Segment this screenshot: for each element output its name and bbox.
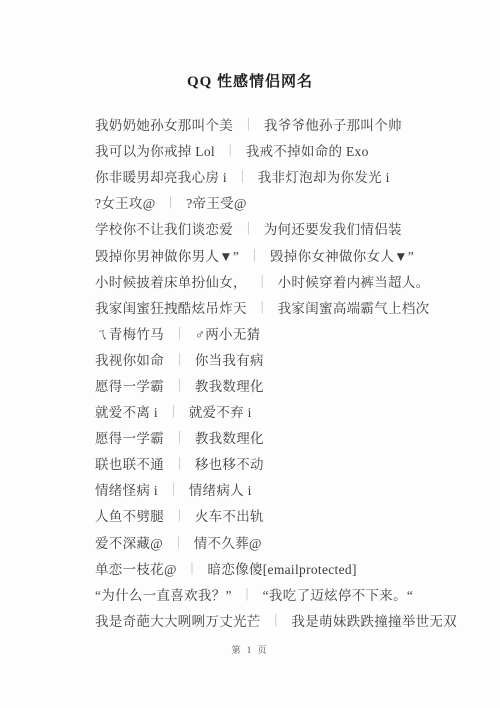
nickname-left: 联也联不通 (95, 453, 164, 473)
nickname-right: 我爷爷他孙子那叫个帅 (264, 114, 402, 134)
nickname-left: 情绪怪病 i (95, 479, 158, 499)
nickname-row: 小时候披着床单扮仙女，｜小时候穿着内裤当超人。 (95, 268, 470, 294)
nickname-right: 我家闺蜜高端霸气上档次 (278, 297, 430, 317)
page-title: QQ 性感情侣网名 (0, 0, 500, 92)
nickname-left: 学校你不让我们谈恋爱 (95, 218, 233, 238)
nickname-right: 就爱不弃 i (189, 401, 252, 421)
nickname-right: 暗恋像傻[emailprotected] (208, 558, 357, 578)
nickname-row: ㄟ青梅竹马｜♂两小无猜 (95, 320, 470, 346)
nickname-row: 就爱不离 i｜就爱不弃 i (95, 398, 470, 424)
nickname-right: 毁掉你女神做你女人▼” (270, 245, 414, 265)
nickname-left: 爱不深藏@ (95, 532, 163, 552)
nickname-row: 你非暖男却亮我心房 i｜我非灯泡却为你发光 i (95, 163, 470, 189)
nickname-right: 我非灯泡却为你发光 i (258, 166, 390, 186)
nickname-right: 教我数理化 (195, 427, 264, 447)
nickname-row: “为什么一直喜欢我？”｜“我吃了迈炫停不下来。“ (95, 581, 470, 607)
nickname-right: 我戒不掉如命的 Exo (246, 140, 369, 160)
nickname-right: 移也移不动 (195, 453, 264, 473)
nickname-row: 人鱼不劈腿｜火车不出轨 (95, 502, 470, 528)
nickname-right: 为何还要发我们情侣装 (264, 218, 402, 238)
separator: ｜ (270, 611, 283, 629)
nickname-right: 情绪病人 i (189, 479, 252, 499)
nickname-left: 我家闺蜜狂拽酷炫吊炸天 (95, 297, 247, 317)
nickname-row: 毁掉你男神做你男人▼”｜毁掉你女神做你女人▼” (95, 241, 470, 267)
separator: ｜ (242, 219, 255, 237)
nickname-right: ?帝王受@ (186, 192, 246, 212)
nickname-row: 我是奇葩大大咧咧万丈光芒｜我是萌妹跌跌撞撞举世无双 (95, 607, 470, 633)
nickname-left: 我奶奶她孙女那叫个美 (95, 114, 233, 134)
nickname-left: 单恋一枝花@ (95, 558, 177, 578)
separator: ｜ (224, 141, 237, 159)
nickname-right: 教我数理化 (195, 375, 264, 395)
nickname-row: 爱不深藏@｜情不久葬@ (95, 529, 470, 555)
separator: ｜ (236, 167, 249, 185)
nickname-right: “我吃了迈炫停不下来。“ (263, 584, 414, 604)
nickname-row: 我可以为你戒掉 Lol｜我戒不掉如命的 Exo (95, 137, 470, 163)
separator: ｜ (173, 324, 186, 342)
separator: ｜ (256, 272, 269, 290)
separator: ｜ (173, 428, 186, 446)
nickname-left: ?女王攻@ (95, 192, 155, 212)
separator: ｜ (173, 350, 186, 368)
separator: ｜ (173, 454, 186, 472)
nickname-right: 你当我有病 (195, 349, 264, 369)
nickname-right: 小时候穿着内裤当超人。 (278, 271, 430, 291)
nickname-row: 联也联不通｜移也移不动 (95, 450, 470, 476)
nickname-left: 我是奇葩大大咧咧万丈光芒 (95, 610, 261, 630)
nickname-row: ?女王攻@｜?帝王受@ (95, 189, 470, 215)
nickname-right: 我是萌妹跌跌撞撞举世无双 (291, 610, 457, 630)
nickname-left: 毁掉你男神做你男人▼” (95, 245, 239, 265)
nickname-row: 我家闺蜜狂拽酷炫吊炸天｜我家闺蜜高端霸气上档次 (95, 294, 470, 320)
nickname-row: 愿得一学霸｜教我数理化 (95, 372, 470, 398)
separator: ｜ (164, 193, 177, 211)
nickname-row: 我视你如命｜你当我有病 (95, 346, 470, 372)
nickname-left: 就爱不离 i (95, 401, 158, 421)
nickname-right: 情不久葬@ (194, 532, 262, 552)
nickname-row: 情绪怪病 i｜情绪病人 i (95, 476, 470, 502)
separator: ｜ (167, 402, 180, 420)
nickname-row: 学校你不让我们谈恋爱｜为何还要发我们情侣装 (95, 215, 470, 241)
nickname-left: 愿得一学霸 (95, 375, 164, 395)
separator: ｜ (172, 533, 185, 551)
nickname-left: 我可以为你戒掉 Lol (95, 140, 215, 160)
document-page: QQ 性感情侣网名 我奶奶她孙女那叫个美｜我爷爷他孙子那叫个帅 我可以为你戒掉 … (0, 0, 500, 708)
separator: ｜ (167, 480, 180, 498)
separator: ｜ (173, 506, 186, 524)
nickname-left: “为什么一直喜欢我？” (95, 584, 232, 604)
nickname-row: 愿得一学霸｜教我数理化 (95, 424, 470, 450)
page-number: 第 1 页 (0, 644, 500, 656)
nickname-row: 单恋一枝花@｜暗恋像傻[emailprotected] (95, 555, 470, 581)
nickname-list: 我奶奶她孙女那叫个美｜我爷爷他孙子那叫个帅 我可以为你戒掉 Lol｜我戒不掉如命… (0, 111, 500, 633)
separator: ｜ (248, 246, 261, 264)
nickname-right: ♂两小无猜 (195, 323, 261, 343)
separator: ｜ (173, 376, 186, 394)
nickname-left: 我视你如命 (95, 349, 164, 369)
nickname-row: 我奶奶她孙女那叫个美｜我爷爷他孙子那叫个帅 (95, 111, 470, 137)
nickname-left: ㄟ青梅竹马 (95, 323, 164, 343)
separator: ｜ (256, 298, 269, 316)
separator: ｜ (242, 115, 255, 133)
nickname-left: 你非暖男却亮我心房 i (95, 166, 227, 186)
separator: ｜ (241, 585, 254, 603)
nickname-left: 小时候披着床单扮仙女， (95, 271, 247, 291)
nickname-left: 人鱼不劈腿 (95, 505, 164, 525)
separator: ｜ (186, 559, 199, 577)
nickname-right: 火车不出轨 (195, 505, 264, 525)
nickname-left: 愿得一学霸 (95, 427, 164, 447)
